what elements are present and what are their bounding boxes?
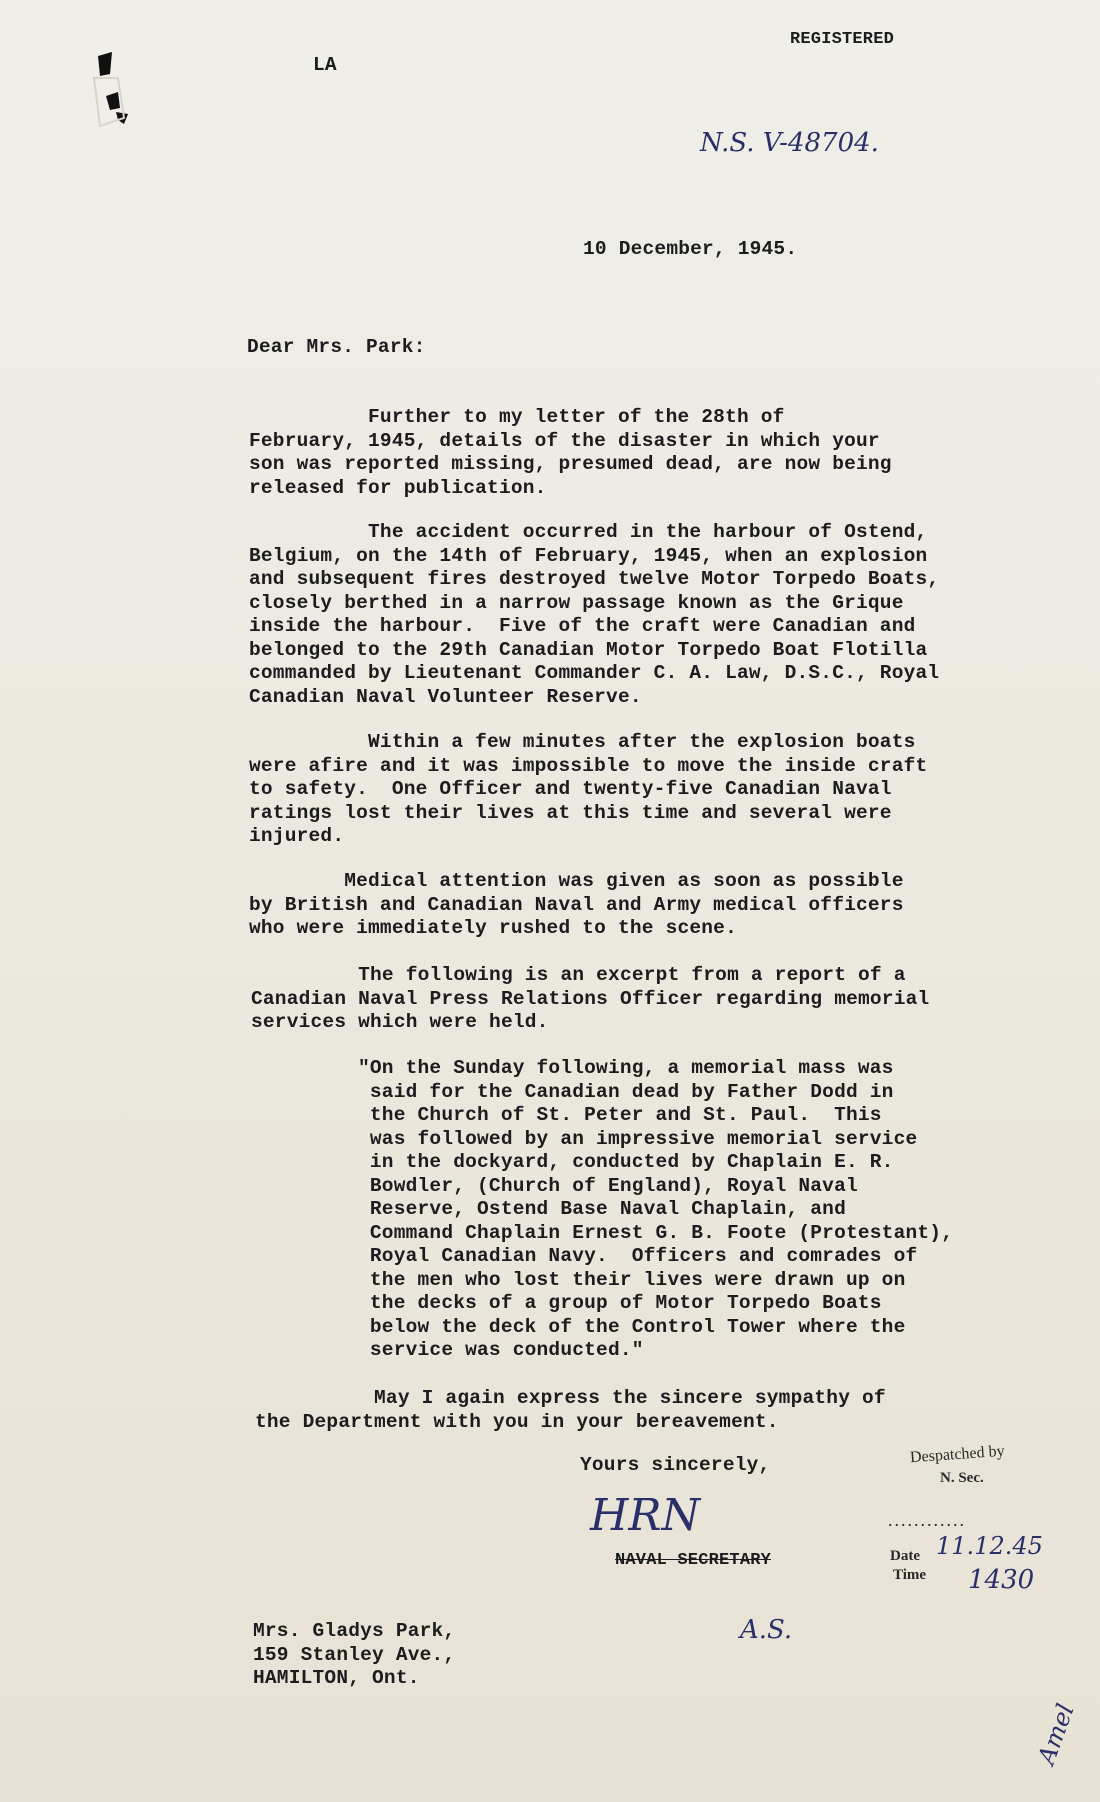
despatch-date-label: Date [890, 1548, 920, 1565]
despatch-date: 11.12.45 [936, 1532, 1043, 1560]
signature-title: NAVAL SECRETARY [615, 1549, 771, 1573]
paragraph: The accident occurred in the harbour of … [249, 521, 939, 709]
recipient-address: Mrs. Gladys Park, 159 Stanley Ave., HAMI… [253, 1620, 455, 1691]
registered-label: REGISTERED [790, 28, 894, 52]
despatch-label: Despatched by [909, 1443, 1005, 1468]
quoted-excerpt: "On the Sunday following, a memorial mas… [358, 1057, 953, 1363]
despatch-time-label: Time [893, 1567, 926, 1584]
paragraph: Within a few minutes after the explosion… [249, 731, 927, 849]
handwritten-initials: A.S. [740, 1615, 792, 1645]
initials: LA [313, 54, 337, 78]
despatch-time: 1430 [968, 1565, 1034, 1595]
paragraph: Further to my letter of the 28th of Febr… [249, 406, 892, 500]
despatch-office: N. Sec. [940, 1470, 984, 1487]
letter-date: 10 December, 1945. [583, 238, 797, 262]
closing-paragraph: May I again express the sincere sympathy… [255, 1387, 886, 1434]
corner-note: Amel [1032, 1700, 1080, 1768]
punch-hole [88, 48, 130, 128]
file-reference: N.S. V-48704. [700, 128, 879, 158]
paragraph: The following is an excerpt from a repor… [251, 964, 929, 1035]
closing-salutation: Yours sincerely, [580, 1454, 770, 1478]
salutation: Dear Mrs. Park: [247, 336, 426, 360]
despatch-dots: ............ [888, 1510, 966, 1531]
signature: HRN [590, 1490, 700, 1541]
paragraph: Medical attention was given as soon as p… [249, 870, 904, 941]
